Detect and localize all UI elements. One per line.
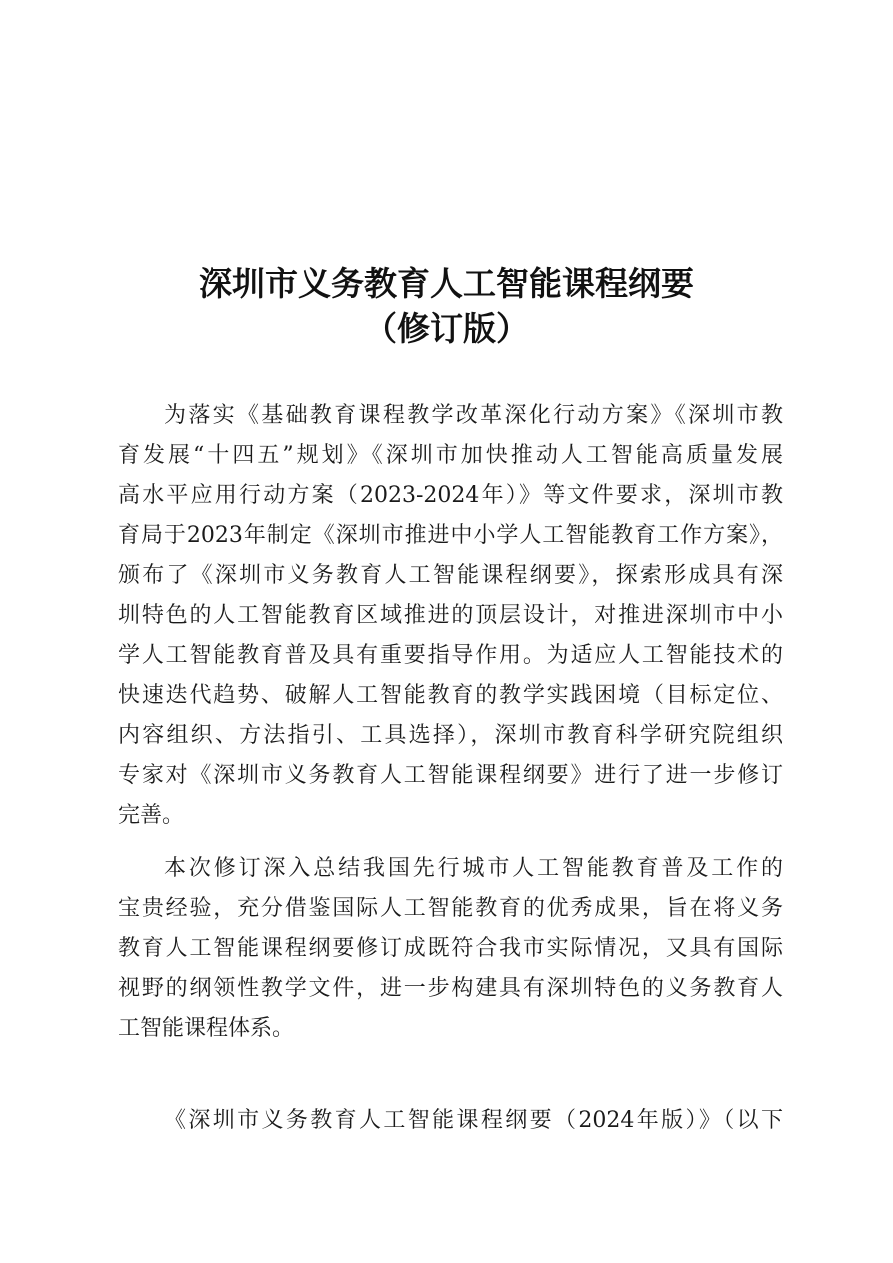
paragraph-line: 育局于2023年制定《深圳市推进中小学人工智能教育工作方案》， bbox=[118, 516, 783, 556]
paragraph-line: 高水平应用行动方案（2023-2024年）》等文件要求，深圳市教 bbox=[118, 476, 783, 516]
document-page: 深圳市义务教育人工智能课程纲要 （修订版） 为落实《基础教育课程教学改革深化行动… bbox=[0, 0, 893, 1263]
paragraph-2: 本次修订深入总结我国先行城市人工智能教育普及工作的 宝贵经验，充分借鉴国际人工智… bbox=[118, 849, 783, 1049]
paragraph-line: 视野的纲领性教学文件，进一步构建具有深圳特色的义务教育人 bbox=[118, 969, 783, 1009]
paragraph-line: 快速迭代趋势、破解人工智能教育的教学实践困境（目标定位、 bbox=[118, 676, 783, 716]
paragraph-line: 《深圳市义务教育人工智能课程纲要（2024年版）》（以下 bbox=[118, 1101, 783, 1141]
paragraph-line: 专家对《深圳市义务教育人工智能课程纲要》进行了进一步修订 bbox=[118, 756, 783, 796]
paragraph-line: 完善。 bbox=[118, 796, 783, 836]
paragraph-line: 为落实《基础教育课程教学改革深化行动方案》《深圳市教 bbox=[118, 396, 783, 436]
paragraph-line: 育发展“十四五”规划》《深圳市加快推动人工智能高质量发展 bbox=[118, 436, 783, 476]
paragraph-line: 教育人工智能课程纲要修订成既符合我市实际情况，又具有国际 bbox=[118, 929, 783, 969]
paragraph-3: 《深圳市义务教育人工智能课程纲要（2024年版）》（以下 bbox=[118, 1101, 783, 1141]
document-subtitle: （修订版） bbox=[0, 309, 893, 349]
paragraph-line: 颁布了《深圳市义务教育人工智能课程纲要》，探索形成具有深 bbox=[118, 556, 783, 596]
paragraph-line: 学人工智能教育普及具有重要指导作用。为适应人工智能技术的 bbox=[118, 636, 783, 676]
document-title: 深圳市义务教育人工智能课程纲要 bbox=[0, 264, 893, 304]
paragraph-line: 宝贵经验，充分借鉴国际人工智能教育的优秀成果，旨在将义务 bbox=[118, 889, 783, 929]
paragraph-line: 本次修订深入总结我国先行城市人工智能教育普及工作的 bbox=[118, 849, 783, 889]
paragraph-line: 圳特色的人工智能教育区域推进的顶层设计，对推进深圳市中小 bbox=[118, 596, 783, 636]
paragraph-1: 为落实《基础教育课程教学改革深化行动方案》《深圳市教 育发展“十四五”规划》《深… bbox=[118, 396, 783, 836]
paragraph-line: 内容组织、方法指引、工具选择），深圳市教育科学研究院组织 bbox=[118, 716, 783, 756]
paragraph-line: 工智能课程体系。 bbox=[118, 1009, 783, 1049]
